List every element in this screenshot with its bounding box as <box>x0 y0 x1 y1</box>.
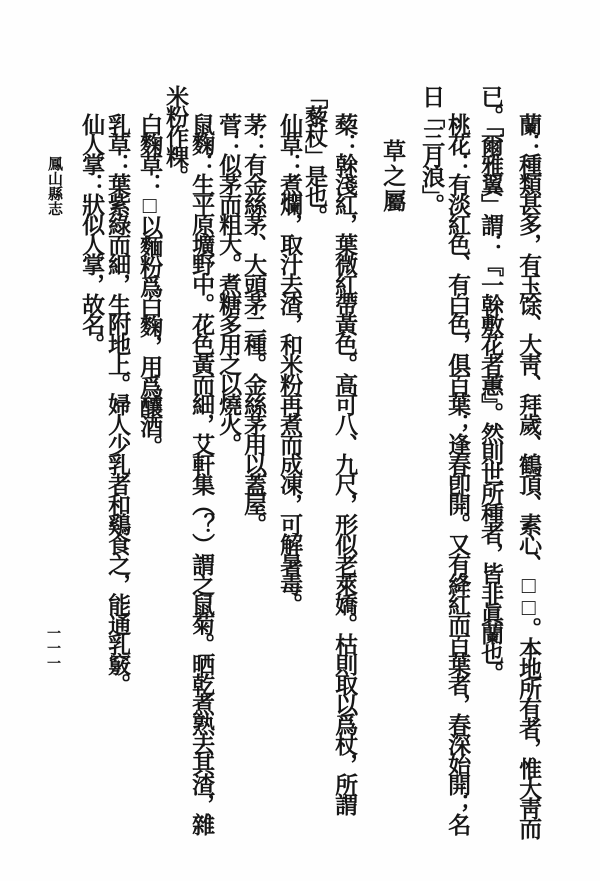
running-title-book-name: 鳳山縣志 <box>44 156 65 216</box>
text-column-xiancao-entry: 仙草：煮爛，取汁去渣，和米粉再煮而成凍，可解暑毒。 <box>277 113 301 613</box>
text-column-taohua-continuation: 日「三月浪」。 <box>419 85 443 214</box>
text-column-baiqucao-entry: 白麴草：□以麵粉爲白麴，用爲釀酒。 <box>137 113 161 455</box>
text-column-rucao-entry: 乳草：葉紫綠而細，生附地上。婦人少乳者和鷄食之，能通乳竅。 <box>105 113 129 693</box>
text-column-shuqu-entry: 鼠麴：生平原壙野中。花色黃而細，艾軒集（？）謂之鼠菊。晒乾煮熟去其渣，雜 <box>189 113 213 833</box>
text-column-lan-continuation: 已。「爾雅翼」謂：『一榦敷花者蕙』。然則世所種者，皆非眞蘭也。 <box>478 85 502 682</box>
text-column-taohua-entry: 桃花：有淡紅色、有白色，俱百葉；逢春卽開。又有絳紅而百葉者，春深始開；名 <box>445 113 469 833</box>
scanned-book-page: 蘭：種類甚多，有玉馀、大靑、拜歲、鶴頂、素心、□□。本地所有者，惟大靑而 已。「… <box>0 0 600 881</box>
text-column-jian-entry: 菅：似茅而粗大。煮糖多用之以燒火。 <box>216 113 240 453</box>
text-column-li-entry: 蔾：榦淺紅，葉微紅帶黃色。高可八、九尺，形似老萊嬌。枯則取以爲杖，所謂 <box>332 113 356 813</box>
text-column-mao-entry: 茅：有金絲茅、大頭茅二種。金絲茅用以蓋屋。 <box>241 113 265 533</box>
text-column-lan-entry: 蘭：種類甚多，有玉馀、大靑、拜歲、鶴頂、素心、□□。本地所有者，惟大靑而 <box>516 113 540 837</box>
section-header-grass-category: 草之屬 <box>380 139 404 214</box>
text-column-li-continuation: 「藜杖」是也。 <box>302 85 326 225</box>
page-number: 一一一 <box>42 626 62 671</box>
text-column-shuqu-continuation: 米粉作粿。 <box>163 85 187 185</box>
text-column-xianrenzhang-entry: 仙人掌：狀似人掌，故名。 <box>79 113 103 353</box>
